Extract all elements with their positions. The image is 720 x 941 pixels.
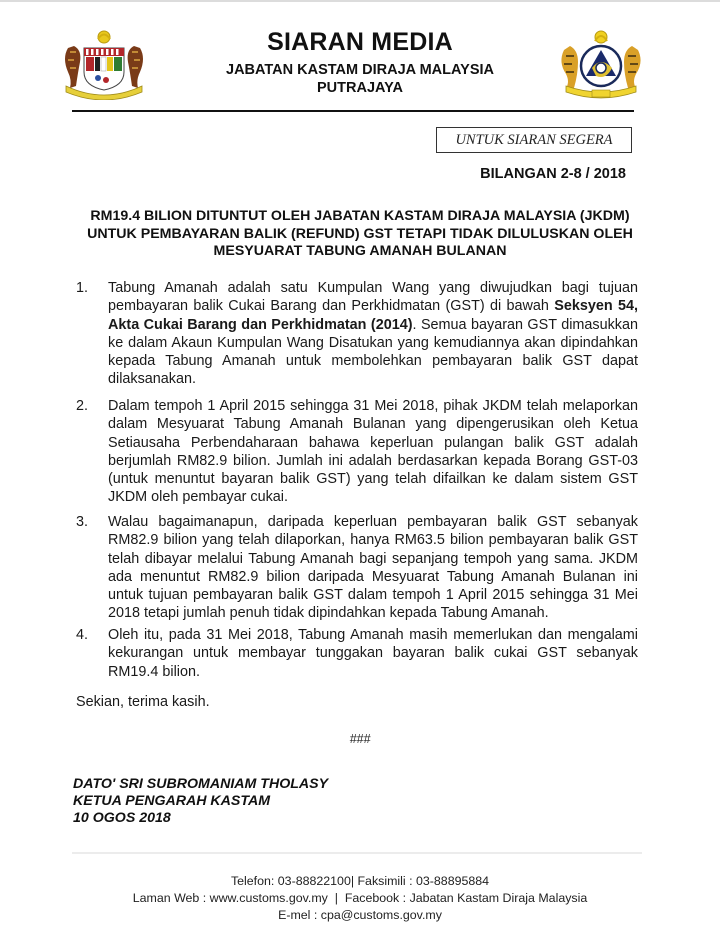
footer-divider [72, 852, 642, 854]
paragraph-1: 1. Tabung Amanah adalah satu Kumpulan Wa… [76, 279, 638, 389]
end-marker: ### [0, 732, 720, 746]
headline-line: RM19.4 BILION DITUNTUT OLEH JABATAN KAST… [60, 208, 660, 226]
reference-number: BILANGAN 2-8 / 2018 [480, 166, 626, 182]
signatory-title: KETUA PENGARAH KASTAM [73, 793, 328, 810]
paragraph-number: 4. [76, 626, 106, 644]
paragraph-2: 2. Dalam tempoh 1 April 2015 sehingga 31… [76, 397, 638, 507]
footer-contact-email: E-mel : cpa@customs.gov.my [0, 908, 720, 922]
release-label: UNTUK SIARAN SEGERA [436, 127, 632, 153]
paragraph-text: Dalam tempoh 1 April 2015 sehingga 31 Me… [108, 397, 638, 507]
paragraph-number: 1. [76, 279, 106, 297]
header-divider [72, 110, 634, 112]
footer-contact-phone: Telefon: 03-88822100| Faksimili : 03-888… [0, 874, 720, 888]
paragraph-number: 3. [76, 513, 106, 531]
signatory-name: DATO' SRI SUBROMANIAM THOLASY [73, 776, 328, 793]
top-border [0, 0, 720, 2]
paragraph-text: Tabung Amanah adalah satu Kumpulan Wang … [108, 279, 638, 389]
paragraph-3: 3. Walau bagaimanapun, daripada keperlua… [76, 513, 638, 623]
closing-line: Sekian, terima kasih. [76, 694, 210, 710]
headline-line: UNTUK PEMBAYARAN BALIK (REFUND) GST TETA… [60, 226, 660, 244]
paragraph-4: 4. Oleh itu, pada 31 Mei 2018, Tabung Am… [76, 626, 638, 681]
footer-contact-web: Laman Web : www.customs.gov.my | Faceboo… [0, 891, 720, 905]
headline: RM19.4 BILION DITUNTUT OLEH JABATAN KAST… [60, 208, 660, 261]
paragraph-number: 2. [76, 397, 106, 415]
signature-date: 10 OGOS 2018 [73, 810, 328, 827]
signature-block: DATO' SRI SUBROMANIAM THOLASY KETUA PENG… [73, 776, 328, 827]
paragraph-text: Walau bagaimanapun, daripada keperluan p… [108, 513, 638, 623]
royal-malaysian-customs-crest-icon [556, 28, 646, 100]
headline-line: MESYUARAT TABUNG AMANAH BULANAN [60, 243, 660, 261]
paragraph-text: Oleh itu, pada 31 Mei 2018, Tabung Amana… [108, 626, 638, 681]
